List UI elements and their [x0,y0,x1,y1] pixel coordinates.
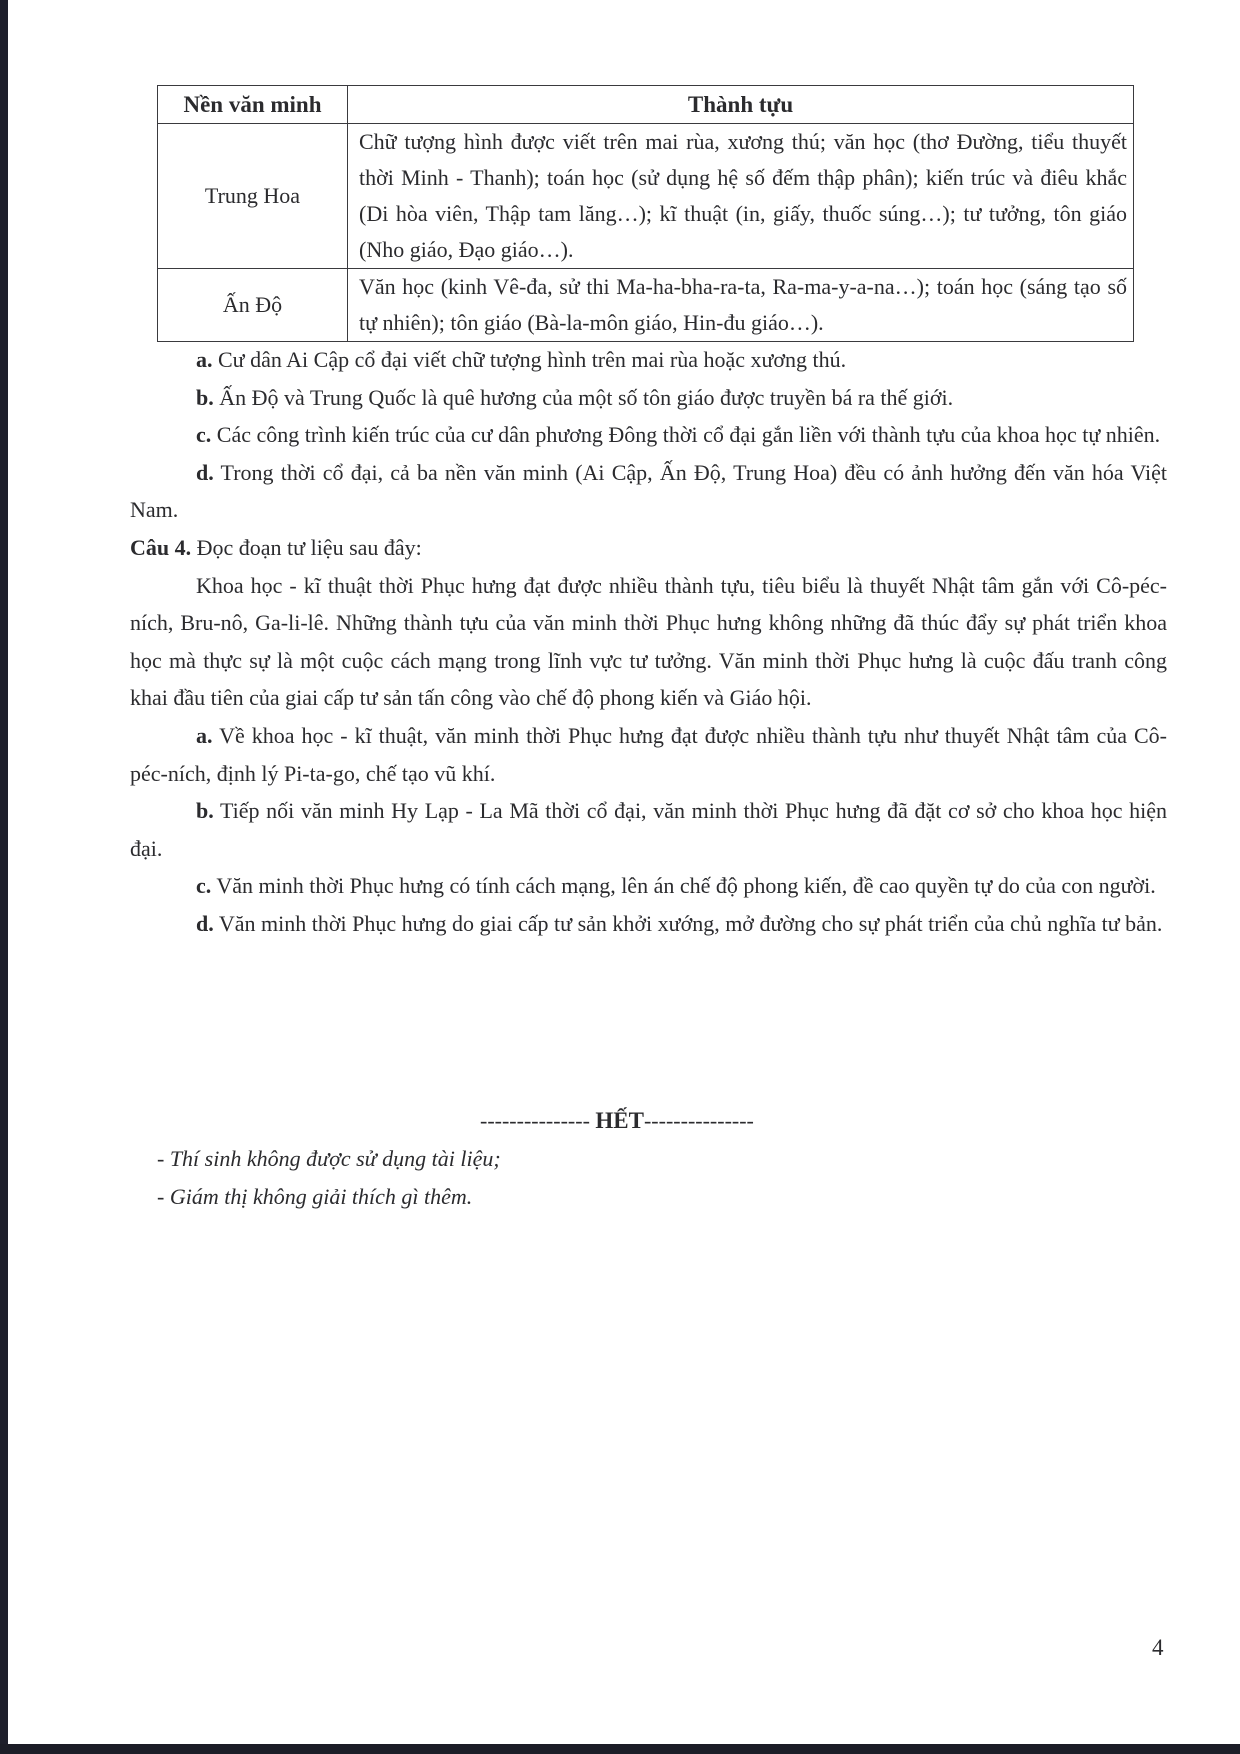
q3-option-c: c. Các công trình kiến trúc của cư dân p… [130,416,1167,454]
option-text: Trong thời cổ đại, cả ba nền văn minh (A… [130,460,1167,523]
option-text: Cư dân Ai Cập cổ đại viết chữ tượng hình… [213,347,847,372]
option-text: Về khoa học - kĩ thuật, văn minh thời Ph… [130,723,1167,786]
civilization-cell: Trung Hoa [158,124,348,269]
achievements-cell: Chữ tượng hình được viết trên mai rùa, x… [348,124,1134,269]
header-achievements: Thành tựu [348,86,1134,124]
end-marker: --------------- HẾT--------------- [480,1102,820,1139]
option-label: c. [196,873,211,898]
table-header-row: Nền văn minh Thành tựu [158,86,1134,124]
achievements-cell: Văn học (kinh Vê-đa, sử thi Ma-ha-bha-ra… [348,269,1134,342]
exam-page: Nền văn minh Thành tựu Trung Hoa Chữ tượ… [0,0,1240,1754]
q4-option-b: b. Tiếp nối văn minh Hy Lạp - La Mã thời… [130,792,1167,867]
table-row: Ấn Độ Văn học (kinh Vê-đa, sử thi Ma-ha-… [158,269,1134,342]
option-label: b. [196,385,214,410]
question-label: Câu 4. [130,535,191,560]
q4-option-c: c. Văn minh thời Phục hưng có tính cách … [130,867,1167,905]
end-dashes-right: --------------- [644,1108,754,1133]
header-civilization: Nền văn minh [158,86,348,124]
option-label: c. [196,422,211,447]
option-label: b. [196,798,214,823]
end-dashes-left: --------------- [480,1108,595,1133]
exam-notes: - Thí sinh không được sử dụng tài liệu; … [157,1140,857,1215]
question-4-heading: Câu 4. Đọc đoạn tư liệu sau đây: [130,529,1167,567]
civilization-cell: Ấn Độ [158,269,348,342]
question-prompt: Đọc đoạn tư liệu sau đây: [191,535,422,560]
q3-option-b: b. Ấn Độ và Trung Quốc là quê hương của … [130,379,1167,417]
note-item: - Thí sinh không được sử dụng tài liệu; [157,1140,857,1178]
option-label: d. [196,911,214,936]
civilization-achievements-table: Nền văn minh Thành tựu Trung Hoa Chữ tượ… [157,85,1134,342]
q3-option-a: a. Cư dân Ai Cập cổ đại viết chữ tượng h… [130,341,1167,379]
questions-body: a. Cư dân Ai Cập cổ đại viết chữ tượng h… [130,341,1167,943]
option-label: d. [196,460,214,485]
option-text: Ấn Độ và Trung Quốc là quê hương của một… [214,385,953,410]
option-label: a. [196,347,213,372]
option-text: Văn minh thời Phục hưng có tính cách mạn… [211,873,1156,898]
option-text: Các công trình kiến trúc của cư dân phươ… [211,422,1160,447]
question-4-passage: Khoa học - kĩ thuật thời Phục hưng đạt đ… [130,567,1167,717]
page-number: 4 [1152,1634,1164,1662]
q4-option-a: a. Về khoa học - kĩ thuật, văn minh thời… [130,717,1167,792]
note-item: - Giám thị không giải thích gì thêm. [157,1178,857,1216]
option-label: a. [196,723,213,748]
end-text: HẾT [595,1108,644,1133]
option-text: Văn minh thời Phục hưng do giai cấp tư s… [214,911,1163,936]
table-row: Trung Hoa Chữ tượng hình được viết trên … [158,124,1134,269]
q3-option-d: d. Trong thời cổ đại, cả ba nền văn minh… [130,454,1167,529]
q4-option-d: d. Văn minh thời Phục hưng do giai cấp t… [130,905,1167,943]
option-text: Tiếp nối văn minh Hy Lạp - La Mã thời cổ… [130,798,1167,861]
